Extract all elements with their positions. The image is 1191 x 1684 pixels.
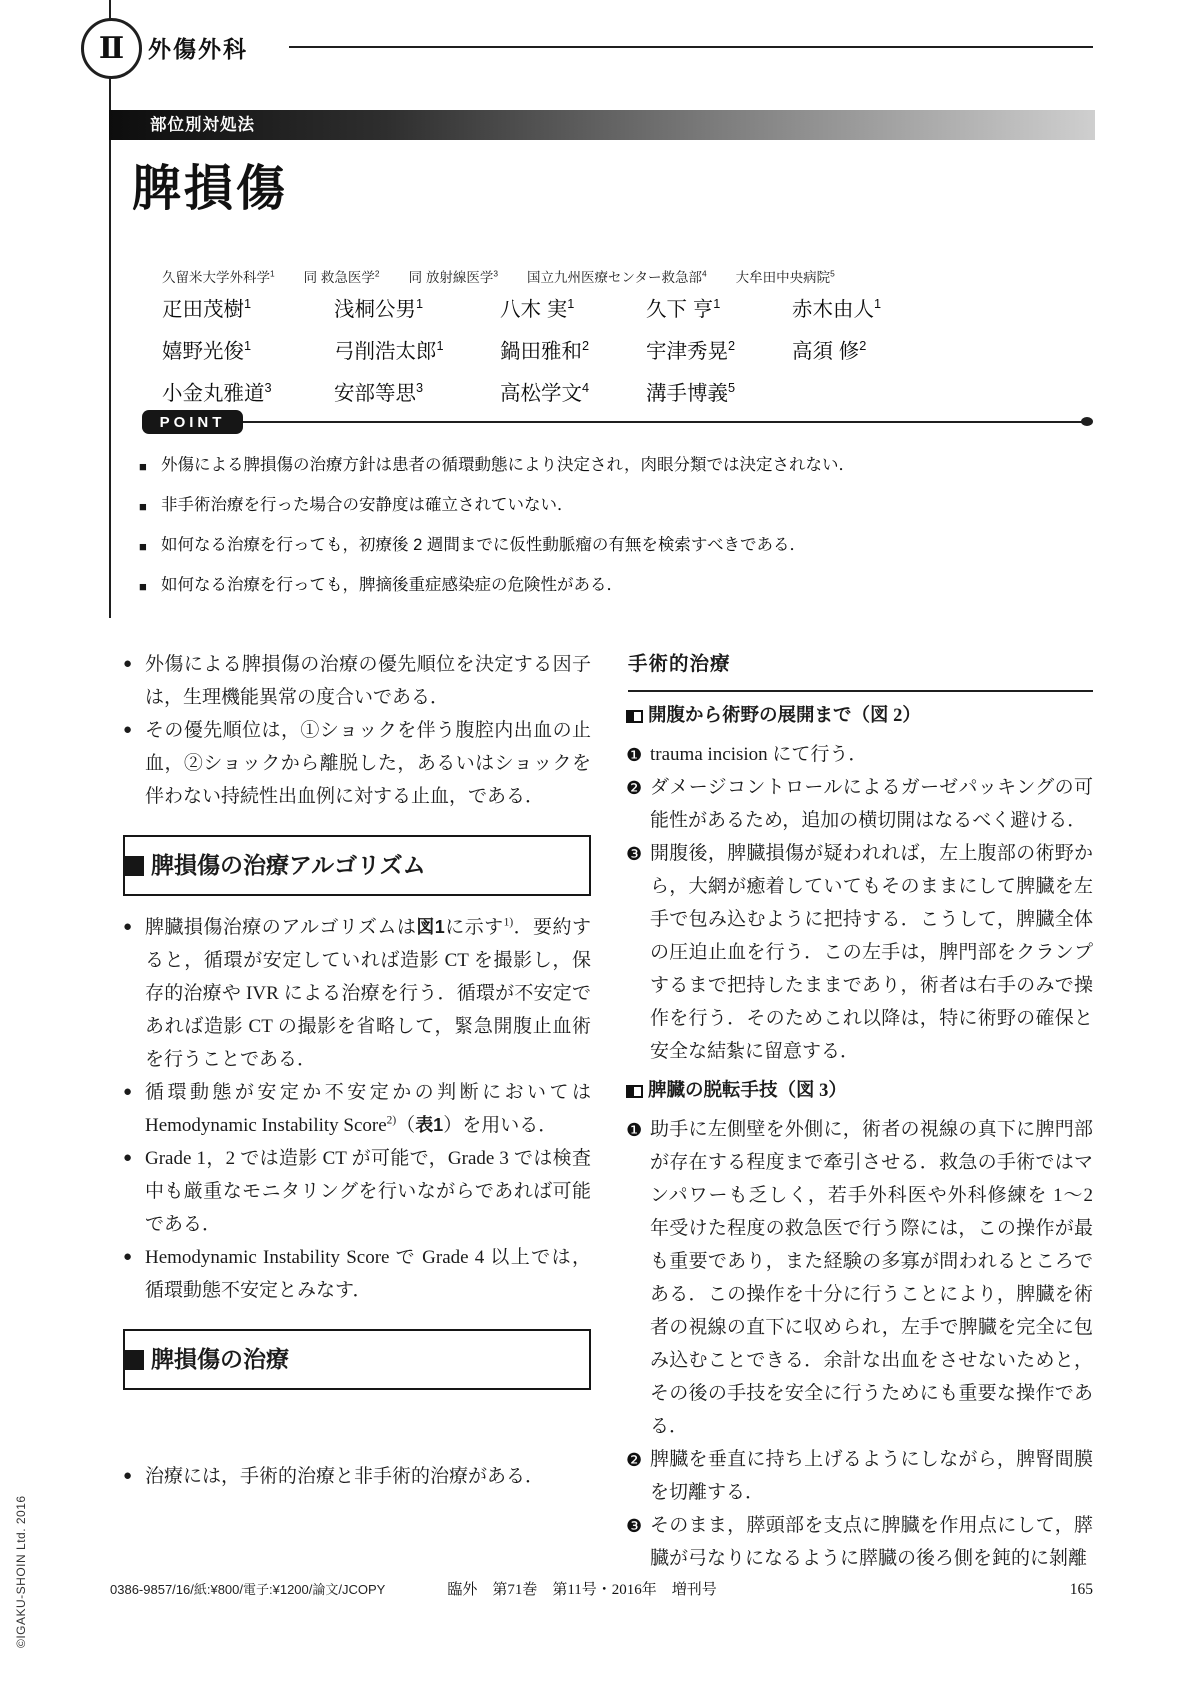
round-bullet-icon: ● bbox=[123, 1076, 132, 1109]
author: 久下 亨1 bbox=[646, 292, 792, 322]
bullet-paragraph: ● 治療には，手術的治療と非手術的治療がある． bbox=[123, 1460, 591, 1493]
point-item: ■ 如何なる治療を行っても，初療後 2 週間までに仮性動脈瘤の有無を検索すべきで… bbox=[139, 534, 1039, 557]
subsubsection-mobilization: 脾臓の脱転手技（図 3） bbox=[628, 1075, 1093, 1108]
author: 弓削浩太郎1 bbox=[334, 334, 500, 364]
step-text: 助手に左側壁を外側に，術者の視線の真下に脾門部が存在する程度まで牽引させる．救急… bbox=[650, 1119, 1093, 1437]
article-title: 脾損傷 bbox=[132, 150, 288, 220]
point-item: ■ 非手術治療を行った場合の安静度は確立されていない． bbox=[139, 494, 1039, 517]
section-heading-rule bbox=[289, 46, 1093, 48]
author: 溝手博義5 bbox=[646, 376, 792, 406]
right-column: 手術的治療 開腹から術野の展開まで（図 2） ❶ trauma incision… bbox=[628, 648, 1093, 1575]
black-square-icon bbox=[125, 1350, 144, 1370]
paragraph-text: Grade 1，2 では造影 CT が可能で，Grade 3 では検査中も厳重な… bbox=[145, 1148, 591, 1235]
bullet-paragraph: ● 脾臓損傷治療のアルゴリズムは図1に示す1)．要約すると，循環が安定していれば… bbox=[123, 911, 591, 1076]
circled-number-icon: ❷ bbox=[626, 1444, 642, 1477]
author: 高須 修2 bbox=[792, 334, 962, 364]
copyright-vertical-text: ©IGAKU-SHOIN Ltd. 2016 bbox=[14, 1495, 28, 1648]
circled-number-icon: ❷ bbox=[626, 772, 642, 805]
citation-ref: 1) bbox=[504, 917, 514, 929]
paragraph-text: Hemodynamic Instability Score で Grade 4 … bbox=[145, 1247, 591, 1301]
point-text: 如何なる治療を行っても，脾摘後重症感染症の危険性がある． bbox=[161, 576, 623, 594]
paragraph-text: 循環動態が安定か不安定かの判断においては Hemodynamic Instabi… bbox=[145, 1082, 591, 1136]
category-bar: 部位別対処法 bbox=[109, 110, 1095, 140]
bullet-paragraph: ● Hemodynamic Instability Score で Grade … bbox=[123, 1241, 591, 1307]
affiliation-ref: 2 bbox=[375, 269, 380, 279]
author: 高松学文4 bbox=[500, 376, 646, 406]
step-text: trauma incision にて行う． bbox=[650, 744, 867, 765]
affiliation-item: 同 放射線医学3 bbox=[409, 266, 498, 286]
round-bullet-icon: ● bbox=[123, 1460, 132, 1493]
numbered-step: ❷ ダメージコントロールによるガーゼパッキングの可能性があるため，追加の横切開は… bbox=[628, 771, 1093, 837]
affiliation-ref: 1 bbox=[270, 269, 275, 279]
affiliation-item: 国立九州医療センター救急部4 bbox=[527, 266, 707, 286]
bullet-paragraph: ● その優先順位は，①ショックを伴う腹腔内出血の止血，②ショックから離脱した，あ… bbox=[123, 714, 591, 813]
point-text: 非手術治療を行った場合の安静度は確立されていない． bbox=[161, 496, 574, 514]
section-header-title: 脾損傷の治療アルゴリズム bbox=[151, 849, 426, 882]
round-bullet-icon: ● bbox=[123, 714, 132, 747]
author: 安部等思3 bbox=[334, 376, 500, 406]
document-page: ©IGAKU-SHOIN Ltd. 2016 Ⅱ 外傷外科 部位別対処法 脾損傷… bbox=[0, 0, 1191, 1684]
affiliation-item: 同 救急医学2 bbox=[304, 266, 380, 286]
bullet-paragraph: ● 外傷による脾損傷の治療の優先順位を決定する因子は，生理機能異常の度合いである… bbox=[123, 648, 591, 714]
half-filled-square-icon bbox=[626, 710, 643, 723]
citation-ref: 2) bbox=[387, 1115, 397, 1127]
square-bullet-icon: ■ bbox=[139, 455, 147, 478]
section-header-treatment: 脾損傷の治療 bbox=[123, 1329, 591, 1390]
paragraph-text: 外傷による脾損傷の治療の優先順位を決定する因子は，生理機能異常の度合いである． bbox=[145, 654, 591, 708]
round-bullet-icon: ● bbox=[123, 911, 132, 944]
circled-number-icon: ❶ bbox=[626, 1114, 642, 1147]
affiliation-ref: 3 bbox=[493, 269, 498, 279]
section-number: Ⅱ bbox=[99, 31, 124, 66]
point-item: ■ 如何なる治療を行っても，脾摘後重症感染症の危険性がある． bbox=[139, 574, 1039, 597]
affiliation-list: 久留米大学外科学1 同 救急医学2 同 放射線医学3 国立九州医療センター救急部… bbox=[162, 266, 835, 286]
subsubsection-laparotomy: 開腹から術野の展開まで（図 2） bbox=[628, 700, 1093, 733]
numbered-step: ❸ 開腹後，脾臓損傷が疑われれば，左上腹部の術野から，大網が癒着していてもそのま… bbox=[628, 837, 1093, 1068]
half-filled-square-icon bbox=[626, 1085, 643, 1098]
author: 宇津秀晃2 bbox=[646, 334, 792, 364]
author: 浅桐公男1 bbox=[334, 292, 500, 322]
paragraph-text: 脾臓損傷治療のアルゴリズムは図1に示す1)．要約すると，循環が安定していれば造影… bbox=[145, 917, 591, 1070]
step-text: 開腹後，脾臓損傷が疑われれば，左上腹部の術野から，大網が癒着していてもそのままに… bbox=[650, 843, 1093, 1062]
issn-price-info: 0386-9857/16/紙:¥800/電子:¥1200/論文/JCOPY bbox=[110, 1579, 385, 1598]
subsection-header-surgical: 手術的治療 bbox=[628, 648, 1093, 692]
figure-reference: 図1 bbox=[416, 917, 444, 937]
circled-number-icon: ❸ bbox=[626, 1510, 642, 1543]
section-header-title: 脾損傷の治療 bbox=[151, 1343, 289, 1376]
point-item: ■ 外傷による脾損傷の治療方針は患者の循環動態により決定され，肉眼分類では決定さ… bbox=[139, 454, 1039, 477]
subsubsection-title: 開腹から術野の展開まで（図 2） bbox=[648, 700, 921, 733]
step-text: ダメージコントロールによるガーゼパッキングの可能性があるため，追加の横切開はなる… bbox=[650, 777, 1093, 831]
square-bullet-icon: ■ bbox=[139, 535, 147, 558]
point-list: ■ 外傷による脾損傷の治療方針は患者の循環動態により決定され，肉眼分類では決定さ… bbox=[139, 454, 1039, 614]
left-column: ● 外傷による脾損傷の治療の優先順位を決定する因子は，生理機能異常の度合いである… bbox=[123, 648, 591, 1493]
affiliation-ref: 4 bbox=[702, 269, 707, 279]
point-text: 外傷による脾損傷の治療方針は患者の循環動態により決定され，肉眼分類では決定されな… bbox=[161, 456, 855, 474]
square-bullet-icon: ■ bbox=[139, 575, 147, 598]
author: 赤木由人1 bbox=[792, 292, 962, 322]
affiliation-item: 大牟田中央病院5 bbox=[736, 266, 835, 286]
paragraph-text: 治療には，手術的治療と非手術的治療がある． bbox=[145, 1466, 544, 1487]
author: 八木 実1 bbox=[500, 292, 646, 322]
affiliation-item: 久留米大学外科学1 bbox=[162, 266, 275, 286]
step-text: そのまま，膵頭部を支点に脾臓を作用点にして，膵臓が弓なりになるように膵臓の後ろ側… bbox=[650, 1515, 1093, 1569]
square-bullet-icon: ■ bbox=[139, 495, 147, 518]
point-badge: POINT bbox=[142, 410, 243, 434]
step-text: 脾臓を垂直に持ち上げるようにしながら，脾腎間膜を切離する． bbox=[650, 1449, 1093, 1503]
numbered-step: ❷ 脾臓を垂直に持ち上げるようにしながら，脾腎間膜を切離する． bbox=[628, 1443, 1093, 1509]
circled-number-icon: ❸ bbox=[626, 838, 642, 871]
round-bullet-icon: ● bbox=[123, 648, 132, 681]
paragraph-text: その優先順位は，①ショックを伴う腹腔内出血の止血，②ショックから離脱した，あるい… bbox=[145, 720, 591, 807]
author: 小金丸雅道3 bbox=[162, 376, 334, 406]
numbered-step: ❶ trauma incision にて行う． bbox=[628, 738, 1093, 771]
author: 疋田茂樹1 bbox=[162, 292, 334, 322]
bullet-paragraph: ● Grade 1，2 では造影 CT が可能で，Grade 3 では検査中も厳… bbox=[123, 1142, 591, 1241]
black-square-icon bbox=[125, 856, 144, 876]
author-grid: 疋田茂樹1 浅桐公男1 八木 実1 久下 亨1 赤木由人1 嬉野光俊1 弓削浩太… bbox=[162, 292, 962, 406]
subsubsection-title: 脾臓の脱転手技（図 3） bbox=[648, 1075, 847, 1108]
bullet-paragraph: ● 循環動態が安定か不安定かの判断においては Hemodynamic Insta… bbox=[123, 1076, 591, 1142]
page-number: 165 bbox=[1070, 1581, 1093, 1599]
circled-number-icon: ❶ bbox=[626, 739, 642, 772]
author: 嬉野光俊1 bbox=[162, 334, 334, 364]
page-footer: 0386-9857/16/紙:¥800/電子:¥1200/論文/JCOPY 臨外… bbox=[110, 1578, 1093, 1599]
affiliation-ref: 5 bbox=[830, 269, 835, 279]
numbered-step: ❶ 助手に左側壁を外側に，術者の視線の真下に脾門部が存在する程度まで牽引させる．… bbox=[628, 1113, 1093, 1443]
author: 鍋田雅和2 bbox=[500, 334, 646, 364]
round-bullet-icon: ● bbox=[123, 1142, 132, 1175]
point-rule bbox=[243, 421, 1086, 423]
table-reference: 表1 bbox=[415, 1115, 443, 1135]
numbered-step: ❸ そのまま，膵頭部を支点に脾臓を作用点にして，膵臓が弓なりになるように膵臓の後… bbox=[628, 1509, 1093, 1575]
point-rule-end-dot bbox=[1081, 417, 1093, 426]
point-text: 如何なる治療を行っても，初療後 2 週間までに仮性動脈瘤の有無を検索すべきである… bbox=[161, 536, 806, 554]
section-header-algorithm: 脾損傷の治療アルゴリズム bbox=[123, 835, 591, 896]
journal-issue-info: 臨外 第71巻 第11号・2016年 増刊号 bbox=[447, 1578, 716, 1599]
round-bullet-icon: ● bbox=[123, 1241, 132, 1274]
left-vertical-rule bbox=[109, 0, 111, 618]
section-title: 外傷外科 bbox=[148, 31, 248, 64]
section-number-circle: Ⅱ bbox=[81, 18, 142, 79]
